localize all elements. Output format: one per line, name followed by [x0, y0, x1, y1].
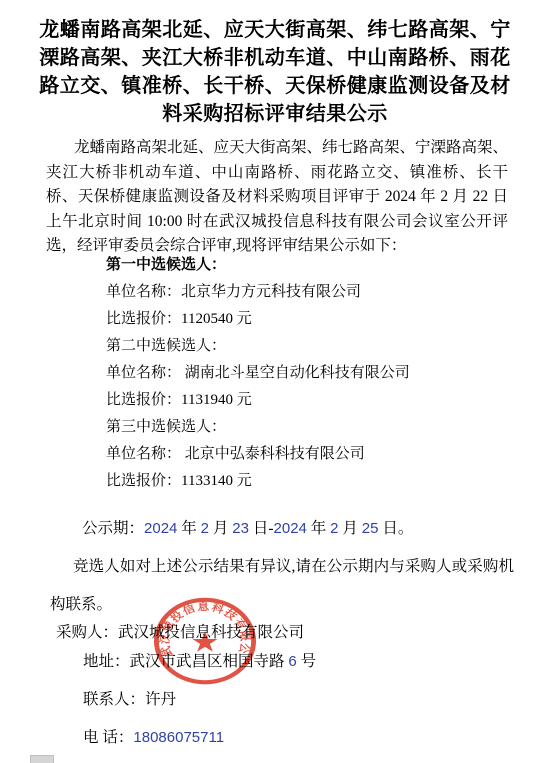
purchaser-value: 武汉城投信息科技有限公司 [118, 624, 304, 641]
candidate-1-price: 比选报价：1120540 元 [106, 306, 410, 333]
notice-sep-5: 月 [339, 520, 362, 537]
address-number: 6 [288, 653, 296, 670]
title-line-1: 龙蟠南路高架北延、应天大街高架、纬七路高架、宁 [0, 16, 550, 44]
title-line-2: 溧路高架、夹江大桥非机动车道、中山南路桥、雨花 [0, 44, 550, 72]
objection-paragraph: 竞选人如对上述公示结果有异议,请在公示期内与采购人或采购机构联系。 [50, 548, 514, 623]
candidate-2-price: 比选报价：1131940 元 [106, 387, 410, 414]
candidate-2-rank: 第二中选候选人： [106, 333, 410, 360]
notice-sep-1: 年 [177, 520, 200, 537]
notice-year-2: 2024 [274, 520, 307, 537]
notice-year-1: 2024 [144, 520, 177, 537]
phone-line: 电 话：18086075711 [83, 725, 224, 747]
notice-month-2: 2 [330, 520, 338, 537]
purchaser-label: 采购人： [56, 624, 118, 641]
phone-label: 电 话： [83, 729, 133, 746]
intro-paragraph: 龙蟠南路高架北延、应天大街高架、纬七路高架、宁溧路高架、夹江大桥非机动车道、中山… [46, 136, 508, 259]
phone-number: 18086075711 [133, 729, 224, 746]
candidate-1-rank: 第一中选候选人： [106, 252, 410, 279]
notice-month-1: 2 [201, 520, 209, 537]
notice-sep-4: 年 [307, 520, 330, 537]
notice-sep-3: 日 [249, 520, 268, 537]
notice-label: 公示期： [82, 520, 144, 537]
document-title: 龙蟠南路高架北延、应天大街高架、纬七路高架、宁 溧路高架、夹江大桥非机动车道、中… [0, 16, 550, 128]
notice-day-1: 23 [232, 520, 249, 537]
notice-period-line: 公示期：2024 年 2 月 23 日-2024 年 2 月 25 日。 [82, 518, 413, 540]
gray-box-artifact [30, 755, 54, 763]
title-line-3: 路立交、镇准桥、长干桥、天保桥健康监测设备及材 [0, 72, 550, 100]
announcement-document: 龙蟠南路高架北延、应天大街高架、纬七路高架、宁 溧路高架、夹江大桥非机动车道、中… [0, 0, 550, 763]
notice-sep-6: 日。 [378, 520, 413, 537]
title-line-4: 料采购招标评审结果公示 [0, 100, 550, 128]
candidate-2-unit: 单位名称： 湖南北斗星空自动化科技有限公司 [106, 360, 410, 387]
candidate-1-unit: 单位名称：北京华力方元科技有限公司 [106, 279, 410, 306]
candidate-3-price: 比选报价：1133140 元 [106, 468, 410, 495]
notice-day-2: 25 [362, 520, 379, 537]
address-text-1: 武汉市武昌区相国寺路 [130, 653, 289, 670]
address-text-2: 号 [297, 653, 316, 670]
address-line: 地址：武汉市武昌区相国寺路 6 号 [83, 649, 316, 671]
notice-sep-2: 月 [209, 520, 232, 537]
candidate-3-unit: 单位名称： 北京中弘泰科科技有限公司 [106, 441, 410, 468]
contact-value: 许丹 [145, 691, 176, 708]
candidates-block: 第一中选候选人： 单位名称：北京华力方元科技有限公司 比选报价：1120540 … [106, 252, 410, 495]
address-label: 地址： [83, 653, 130, 670]
contact-label: 联系人： [83, 691, 145, 708]
purchaser-line: 采购人：武汉城投信息科技有限公司 [56, 620, 304, 642]
candidate-3-rank: 第三中选候选人： [106, 414, 410, 441]
contact-line: 联系人：许丹 [83, 687, 176, 709]
